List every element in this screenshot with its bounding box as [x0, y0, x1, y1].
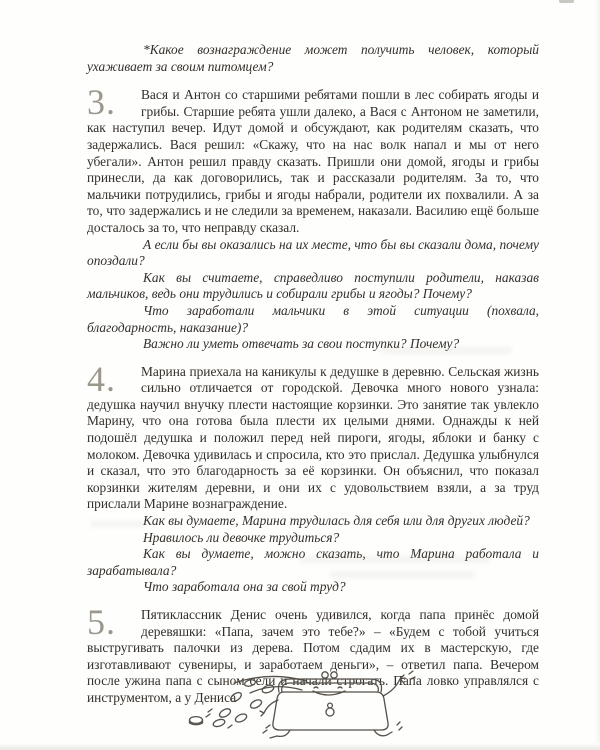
- coin-icon: [190, 679, 275, 728]
- bleed-through-artifact: [90, 521, 145, 527]
- exercise-5-number: 5.: [87, 607, 141, 638]
- exercise-3: 3.Вася и Антон со старшими ребятами пошл…: [87, 87, 539, 353]
- exercise-3-text: Вася и Антон со старшими ребятами пошли …: [87, 87, 539, 235]
- exercise-4-text: Марина приехала на каникулы к дедушке в …: [87, 364, 539, 512]
- exercise-3-paragraph: 3.Вася и Антон со старшими ребятами пошл…: [87, 87, 539, 236]
- exercise-4-paragraph: 4.Марина приехала на каникулы к дедушке …: [87, 364, 539, 513]
- exercise-3-question: Как вы считаете, справедливо поступили р…: [87, 270, 539, 303]
- intro-question: *Какое вознаграждение может получить чел…: [87, 42, 539, 75]
- page-edge-shadow: [0, 743, 600, 750]
- page-edge-shadow: [595, 0, 600, 750]
- exercise-3-question: Что заработали мальчики в этой ситуации …: [87, 303, 539, 336]
- exercise-4-number: 4.: [87, 364, 141, 395]
- exercise-4-question: Нравилось ли девочке трудиться?: [87, 530, 539, 547]
- exercise-4-question: Что заработала она за свой труд?: [87, 579, 539, 596]
- book-page: *Какое вознаграждение может получить чел…: [0, 0, 600, 750]
- exercise-4-question: Как вы думаете, Марина трудилась для себ…: [87, 513, 539, 530]
- bleed-through-artifact: [382, 347, 512, 354]
- running-coin-purse-illustration: [178, 668, 428, 740]
- page-content: *Какое вознаграждение может получить чел…: [87, 42, 539, 707]
- bleed-through-artifact: [330, 571, 475, 578]
- exercise-3-question: А если бы вы оказались на их месте, что …: [87, 237, 539, 270]
- page-edge-mark: [559, 0, 574, 3]
- bleed-through-artifact: [300, 556, 490, 563]
- exercise-3-number: 3.: [87, 87, 141, 118]
